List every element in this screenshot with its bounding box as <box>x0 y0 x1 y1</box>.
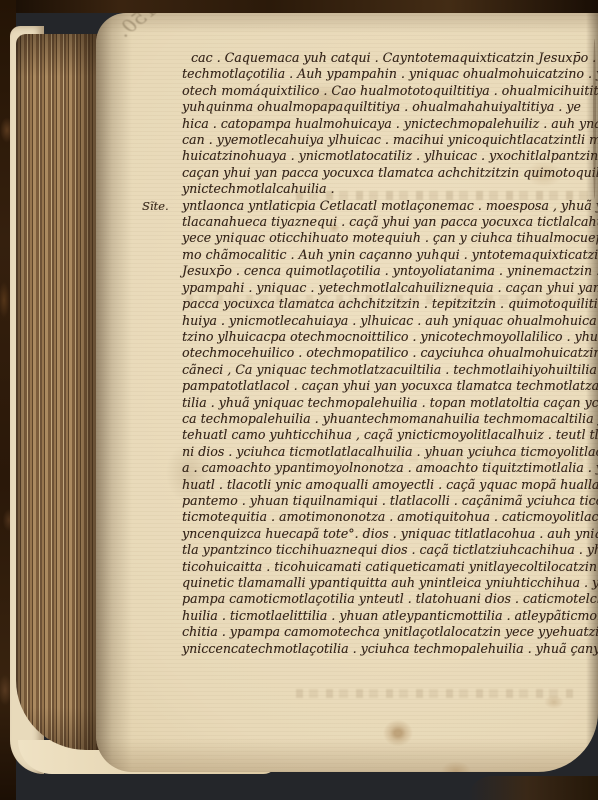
manuscript-line: techmotlaçotilia . Auh ypampahin . yniqu… <box>182 66 598 82</box>
manuscript-photo: 150. Sĩte. cac . Caquemaca yuh catqui . … <box>0 0 598 800</box>
manuscript-line: ticohuicaitta . ticohuicamati catiquetic… <box>182 559 598 575</box>
manuscript-page: 150. Sĩte. cac . Caquemaca yuh catqui . … <box>96 13 598 772</box>
manuscript-line: tlacanahueca tiyaznequi . caçã yhui yan … <box>182 214 598 230</box>
manuscript-line: tzino ylhuicacpa otechmocnoittilico . yn… <box>182 329 598 345</box>
manuscript-line: cac . Caquemaca yuh catqui . Cayntotemaq… <box>182 50 598 66</box>
book-cover-bottom-right-edge <box>468 776 598 800</box>
manuscript-line: huatl . tlacotli ynic amoqualli amoyectl… <box>182 477 598 493</box>
manuscript-line: yece yniquac oticchihuato motequiuh . ça… <box>182 230 598 246</box>
marginal-note: Sĩte. <box>142 199 169 213</box>
manuscript-line: pampatotlatlacol . caçan yhui yan yocuxc… <box>182 378 598 394</box>
page-edges-stack <box>16 34 102 750</box>
stain <box>544 695 564 709</box>
manuscript-line: otechmocehuilico . otechmopatilico . cay… <box>182 345 598 361</box>
text-block: cac . Caquemaca yuh catqui . Cayntotemaq… <box>182 50 598 657</box>
manuscript-line: otech momáquixtilico . Cao hualmototoqui… <box>182 83 598 99</box>
manuscript-line: tehuatl camo yuhticchihua , caçã ynictic… <box>182 427 598 443</box>
facing-page-edge <box>593 39 596 199</box>
manuscript-line: caçan yhui yan pacca yocuxca tlamatca ac… <box>182 165 598 181</box>
manuscript-line: tla ypantzinco ticchihuaznequi dios . ca… <box>182 542 598 558</box>
manuscript-line: ticmotequitia . amotimononotza . amotiqu… <box>182 509 598 525</box>
manuscript-line: pacca yocuxca tlamatca achchitzitzin . t… <box>182 296 598 312</box>
manuscript-line: quinetic tlamamalli ypantiquitta auh yni… <box>182 575 598 591</box>
manuscript-line: a . camoachto ypantimoyolnonotza . amoac… <box>182 460 598 476</box>
manuscript-line: pampa camoticmotlaçotilia ynteutl . tlat… <box>182 591 598 607</box>
manuscript-line: cãneci , Ca yniquac techmotlatzacuiltili… <box>182 362 598 378</box>
manuscript-line: yuhquinma ohualmopapaquiltitiya . ohualm… <box>182 99 598 115</box>
manuscript-line: mo chãmocalitic . Auh ynin caçanno yuhqu… <box>182 247 598 263</box>
manuscript-line: ca techmopalehuilia . yhuantechmomanahui… <box>182 411 598 427</box>
manuscript-line: tilia . yhuã yniquac techmopalehuilia . … <box>182 395 598 411</box>
stain <box>378 715 418 751</box>
stain <box>441 761 471 772</box>
manuscript-line: yniccencatechmotlaçotilia . yciuhca tech… <box>182 641 598 657</box>
manuscript-line: ni dios . yciuhca ticmotlatlacalhuilia .… <box>182 444 598 460</box>
bleedthrough-folio-number: 150. <box>100 13 161 53</box>
manuscript-line: ynictechmotlalcahuilia . <box>182 181 598 197</box>
book-binding-top-edge <box>0 0 598 13</box>
ink-bleedthrough-line <box>296 689 576 698</box>
manuscript-line: chitia . ypampa camomotechca ynitlaçotla… <box>182 624 598 640</box>
manuscript-line: huicatzinohuaya . ynicmotlatocatiliz . y… <box>182 148 598 164</box>
manuscript-line: huilia . ticmotlaelittilia . yhuan atley… <box>182 608 598 624</box>
manuscript-line: can . yyemotlecahuiya ylhuicac . macihui… <box>182 132 598 148</box>
manuscript-line: pantemo . yhuan tiquilnamiqui . tlatlaco… <box>182 493 598 509</box>
manuscript-line: Jesuxp̄o . cenca quimotlaçotilia . yntoy… <box>182 263 598 279</box>
manuscript-line: yncenquizca huecapã tote°. dios . yniqua… <box>182 526 598 542</box>
manuscript-line: ypampahi . yniquac . yetechmotlalcahuili… <box>182 280 598 296</box>
manuscript-line: yntlaonca yntlaticpia Cetlacatl motlaçon… <box>182 198 598 214</box>
manuscript-line: huiya . ynicmotlecahuiaya . ylhuicac . a… <box>182 313 598 329</box>
manuscript-line: hica . catopampa hualmohuicaya . ynictec… <box>182 116 598 132</box>
